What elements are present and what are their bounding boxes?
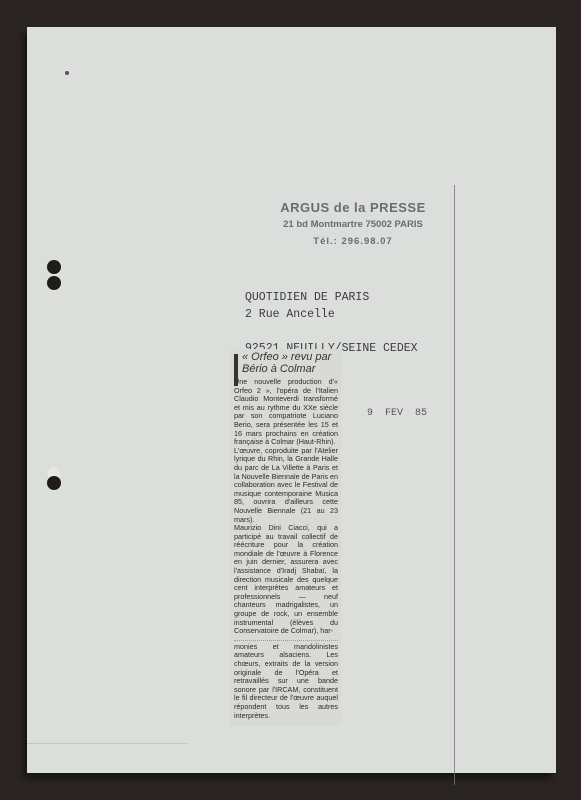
fold-line <box>27 743 187 744</box>
stamp-address: 21 bd Montmartre 75002 PARIS <box>253 219 453 230</box>
clipping-paragraph: Une nouvelle production d'« Orfeo 2 », l… <box>234 378 338 447</box>
newspaper-clipping: « Orfeo » revu par Bério à Colmar Une no… <box>230 349 341 726</box>
stamp-name: ARGUS de la PRESSE <box>253 200 453 215</box>
clipping-paragraph: L'œuvre, coproduite par l'Atelier lyriqu… <box>234 447 338 524</box>
stamp-phone: Tél.: 296.98.07 <box>253 236 453 247</box>
agency-stamp: ARGUS de la PRESSE 21 bd Montmartre 7500… <box>253 200 453 247</box>
punch-hole <box>47 476 61 490</box>
document-page: ARGUS de la PRESSE 21 bd Montmartre 7500… <box>27 27 556 773</box>
margin-line <box>454 185 455 785</box>
clipping-headline: « Orfeo » revu par Bério à Colmar <box>242 351 331 375</box>
clipping-date: 9 FEV 85 <box>367 408 427 419</box>
recipient-line1: QUOTIDIEN DE PARIS <box>245 289 418 306</box>
punch-hole <box>47 260 61 274</box>
headline-bar <box>234 354 238 386</box>
clipping-continuation: monies et mandolinistes amateurs alsacie… <box>234 640 338 720</box>
recipient-line2: 2 Rue Ancelle <box>245 306 418 323</box>
ink-speck <box>65 71 69 75</box>
clipping-paragraph: Maurizio Dini Ciacci, qui a participé au… <box>234 524 338 636</box>
punch-hole <box>47 276 61 290</box>
recipient-address: QUOTIDIEN DE PARIS 2 Rue Ancelle 92521 N… <box>245 289 418 357</box>
clipping-headline-block: « Orfeo » revu par Bério à Colmar <box>234 352 338 375</box>
